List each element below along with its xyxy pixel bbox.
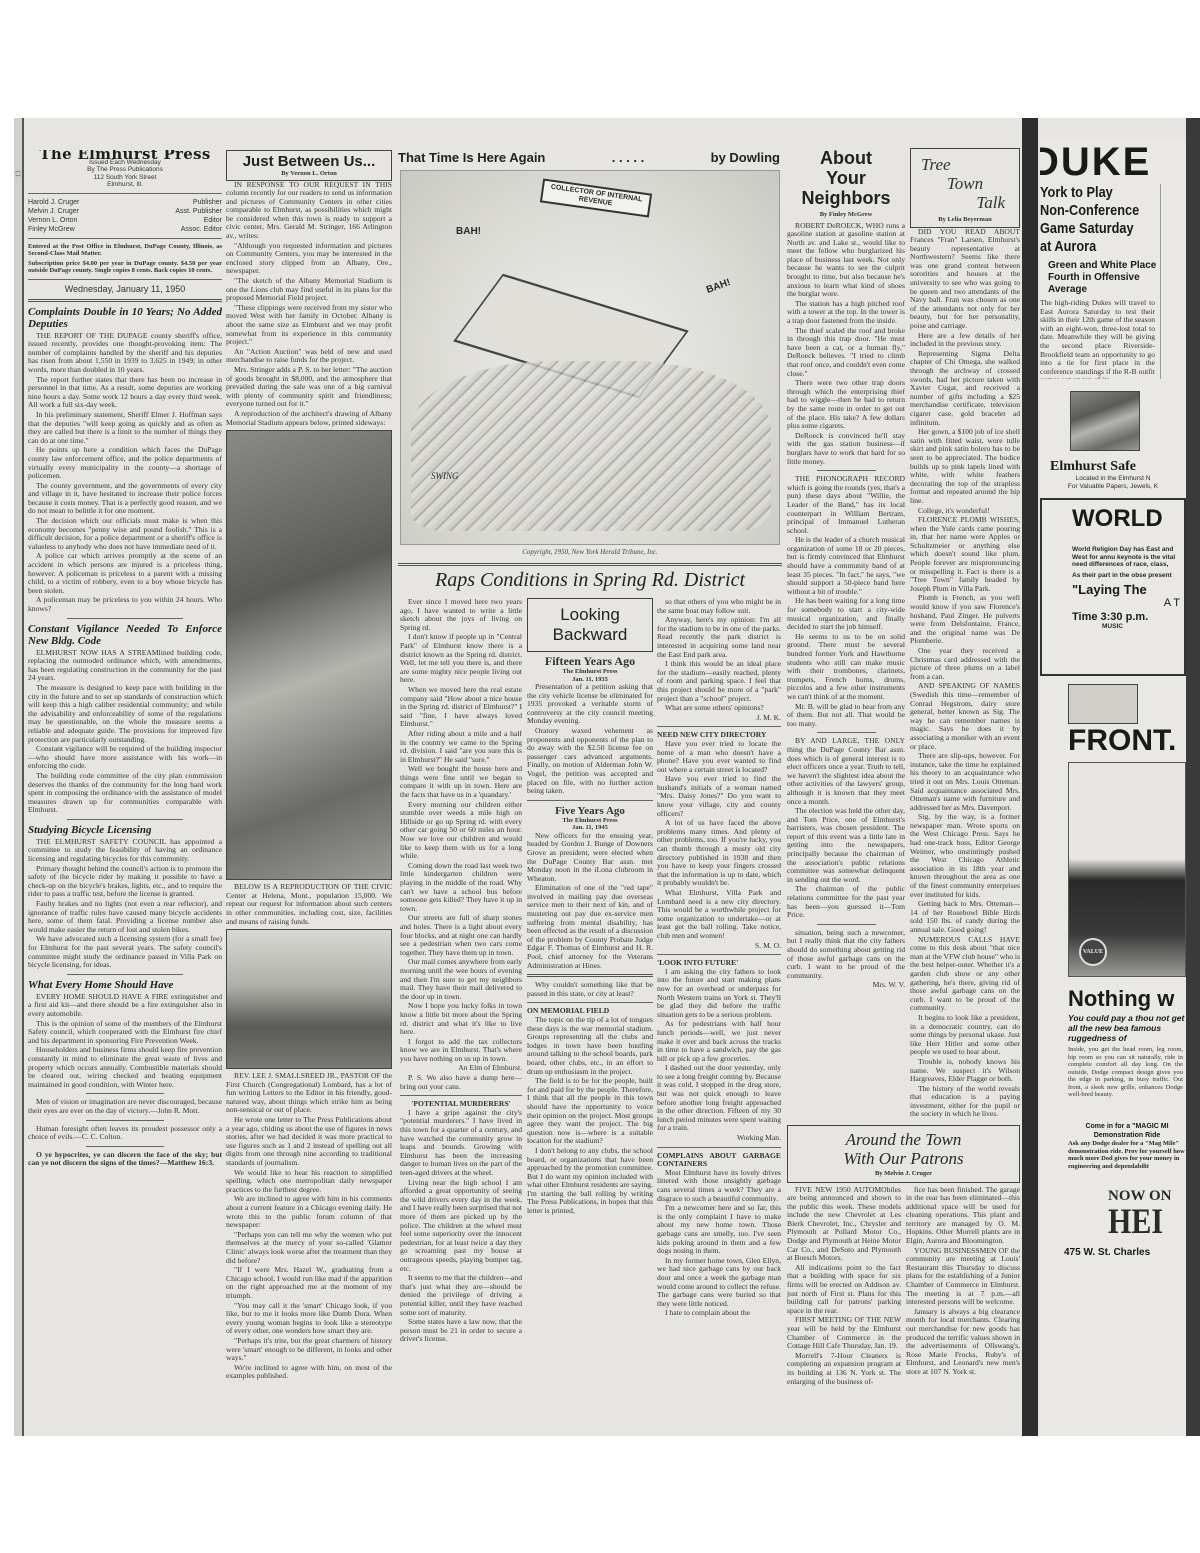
cartoon-title: That Time Is Here Again [398, 150, 545, 165]
tree-town-column: Tree Town Talk By Lelia Beyerman DID YOU… [910, 148, 1020, 1123]
tree-town-title-1: Tree [913, 155, 1017, 174]
around-town-col-right: fice has been finished. The garage in th… [906, 1186, 1020, 1436]
dodge-ad-magic-body: Ask any Dodge dealer for a "Mag Mile" de… [1068, 1140, 1186, 1170]
paragraph: "You may call it the 'smart' Chicago loo… [226, 1302, 392, 1336]
paragraph: Faulty brakes and no lights (not even a … [28, 900, 222, 934]
paragraph: Our streets are full of sharp stones and… [400, 914, 522, 957]
dodge-ad-sub: You could pay a thou not get all the new… [1068, 1013, 1186, 1043]
quote: O ye hypocrites, ye can discern the face… [28, 1151, 222, 1168]
tax-cartoon: COLLECTOR OF INTERNAL REVENUE BAH! BAH! … [400, 170, 780, 545]
letters-column: so that others of you who might be in th… [657, 598, 781, 1435]
paragraph: FIVE NEW 1950 AUTOMObiles are being anno… [787, 1186, 901, 1263]
value-badge: VALUE [1079, 938, 1107, 966]
paragraph: Oratory waxed vehement as proponents and… [527, 727, 653, 796]
around-town-title-2: With Our Patrons [792, 1149, 1015, 1168]
paragraph: BY AND LARGE, THE ONLY thing the DuPage … [787, 737, 905, 806]
paragraph: Mr. B. will be glad to hear from any of … [787, 703, 905, 729]
paragraph: Our mail comes anywhere from early morni… [400, 958, 522, 1001]
paragraph: It seems to me that the children—and tha… [400, 1274, 522, 1317]
paragraph: I'm a newcomer here and so far, this is … [657, 1204, 781, 1256]
column-byline: By Vernon L. Orton [229, 170, 389, 178]
cartoon-bah-right: BAH! [705, 277, 732, 296]
around-town-title-box: Around the Town With Our Patrons By Melv… [787, 1125, 1020, 1183]
around-town-title-1: Around the Town [792, 1130, 1015, 1149]
editorial-headline: Studying Bicycle Licensing [28, 824, 222, 836]
world-ad-observe: As their part in the obse present [1072, 572, 1180, 580]
paragraph: Sig, by the way, is a former newspaper m… [910, 813, 1020, 899]
signature: J. M. K. [657, 714, 781, 723]
cartoon-copyright: Copyright, 1950, New York Herald Tribune… [400, 548, 780, 556]
paragraph: AND SPEAKING OF NAMES (Swedish this time… [910, 682, 1020, 751]
tree-town-byline: By Lelia Beyerman [913, 216, 1017, 224]
paragraph: An "Action Auction" was held of new and … [226, 348, 392, 365]
paragraph: Primary thought behind the council's act… [28, 865, 222, 899]
paragraph: The thief scaled the roof and broke in t… [787, 327, 905, 379]
paragraph: FLORENCE PLOMB WISHES, when the Yule car… [910, 516, 1020, 593]
paragraph: REV. LEE J. SMALLSREED JR., PASTOR OF th… [226, 1072, 392, 1115]
editorial-column: The Elmhurst Press Issued Each Wednesday… [28, 150, 222, 1435]
paragraph: I hate to complain about the [657, 1309, 781, 1318]
looking-backward-title-2: Backward [530, 625, 650, 645]
paragraph: After riding about a mile and a half in … [400, 730, 522, 764]
paragraph: THE PHONOGRAPH RECORD which is going the… [787, 475, 905, 535]
section-head: Five Years Ago [527, 805, 653, 817]
paragraph: What Elmhurst, Villa Park and Lombard ne… [657, 889, 781, 941]
safe-ad-sub-1: Located in the Elmhurst N [1040, 475, 1186, 483]
staff-role: Assoc. Editor [181, 225, 222, 234]
paragraph: Ever since I moved here two years ago, I… [400, 598, 522, 632]
paragraph: Here are a few details of her included i… [910, 332, 1020, 349]
paragraph: There were two other trap doors through … [787, 379, 905, 431]
sports-headline: York to Play Non-Conference Game Saturda… [1040, 184, 1140, 256]
paragraph: He wrote one letter to The Press Publica… [226, 1116, 392, 1168]
paragraph: This is the opinion of some of the membe… [28, 1020, 222, 1046]
paragraph: The building code committee of the city … [28, 772, 222, 815]
neighbors-byline: By Finley McGrew [787, 211, 905, 219]
spring-rd-headline-bar: Raps Conditions in Spring Rd. District [398, 563, 782, 591]
staff-role: Publisher [193, 198, 222, 207]
dodge-ad-car-illustration: VALUE [1068, 762, 1186, 977]
dodge-ad-address: 475 W. St. Charles [1064, 1247, 1186, 1258]
paragraph: We have advocated such a licensing syste… [28, 935, 222, 969]
sports-banner: DUKE [1040, 140, 1186, 184]
staff-name: Vernon L. Orton [28, 216, 77, 225]
page-gutter [1022, 118, 1038, 1436]
neighbors-title: About Your Neighbors [787, 148, 905, 208]
paragraph: DeRoeck is convinced he'll stay with the… [787, 432, 905, 466]
paragraph: Trouble is, nobody knows his name. We su… [910, 1058, 1020, 1084]
signature: S. M. O. [657, 942, 781, 951]
paragraph: He points up here a condition which face… [28, 446, 222, 480]
staff-row: Vernon L. OrtonEditor [28, 216, 222, 225]
staff-name: Melvin J. Cruger [28, 207, 79, 216]
signature: Mrs. W. V. [787, 981, 905, 990]
paragraph: It begins to look like a president, in a… [910, 1014, 1020, 1057]
masthead: The Elmhurst Press Issued Each Wednesday… [28, 150, 222, 302]
page-right-edge [1186, 118, 1200, 1436]
masthead-address: 112 South York Street [28, 174, 222, 182]
world-ad-title: WORLD [1072, 504, 1180, 534]
section-source: The Elmhurst Press [527, 668, 653, 676]
editorial-every-home: What Every Home Should Have EVERY HOME S… [28, 979, 222, 1090]
paragraph: I dashed out the door yesterday, only to… [657, 1064, 781, 1133]
paragraph: We are inclined to agree with him in his… [226, 1195, 392, 1229]
paragraph: I don't belong to any clubs, the school … [527, 1147, 653, 1216]
neighbors-title-2: Your [787, 168, 905, 188]
paragraph: ELMHURST NOW HAS A STREAMlined building … [28, 649, 222, 683]
paragraph: A lot of us have faced the above problem… [657, 819, 781, 888]
subhead: COMPLAINS ABOUT GARBAGE CONTAINERS [657, 1152, 781, 1169]
paragraph: Constant vigilance will be required of t… [28, 745, 222, 771]
tree-town-title-3: Talk [913, 193, 1017, 212]
masthead-title: The Elmhurst Press [28, 150, 222, 159]
adjacent-column [1160, 184, 1186, 379]
paragraph: NUMEROUS CALLS HAVE come to this desk ab… [910, 936, 1020, 1013]
paragraph: A reproduction of the architect's drawin… [226, 410, 392, 427]
paragraph: He has been waiting for a long time for … [787, 597, 905, 631]
issue-date: Wednesday, January 11, 1950 [28, 284, 222, 295]
paragraph: The decision which our officials must ma… [28, 517, 222, 551]
masthead-city: Elmhurst, Ill. [28, 181, 222, 189]
paragraph: Living near the high school I am afforde… [400, 1179, 522, 1274]
sports-subhead: Green and White Place Fourth in Offensiv… [1048, 260, 1158, 296]
cartoon-swing-label: SWING [431, 471, 459, 481]
masthead-publisher-line: By The Press Publications [28, 166, 222, 174]
looking-backward-box: Looking Backward [527, 598, 653, 652]
paragraph: Mrs. Stringer adds a P. S. to her letter… [226, 366, 392, 409]
paragraph: The county government, and the governmen… [28, 482, 222, 516]
editorial-headline: What Every Home Should Have [28, 979, 222, 991]
signature: Working Man. [657, 1134, 781, 1143]
staff-list: Harold J. CrugerPublisher Melvin J. Crug… [28, 198, 222, 234]
page-left-margin [14, 118, 24, 1436]
paragraph: The history of the world reveals that ed… [910, 1085, 1020, 1119]
editorial-headline: Constant Vigilance Needed To Enforce New… [28, 623, 222, 647]
paragraph: "These clippings were received from my s… [226, 304, 392, 347]
paragraph: All indications point to the fact that a… [787, 1264, 901, 1316]
dodge-ad-front: FRONT. [1068, 724, 1186, 758]
paragraph: New officers for the ensuing year, heade… [527, 832, 653, 884]
stadium-drawing-photo [226, 430, 392, 880]
section-head: Fifteen Years Ago [527, 655, 653, 668]
paragraph: College, it's wonderful! [910, 507, 1020, 516]
paragraph: "The sketch of the Albany Memorial Stadi… [226, 277, 392, 303]
paragraph: What are some others' opinions? [657, 704, 781, 713]
just-between-us-column: Just Between Us... By Vernon L. Orton IN… [226, 150, 392, 1435]
paragraph: The chairman of the public relations com… [787, 885, 905, 919]
paragraph: I am asking the city fathers to look int… [657, 968, 781, 1020]
staff-name: Finley McGrew [28, 225, 75, 234]
paragraph: YOUNG BUSINESSMEN OF the community are m… [906, 1247, 1020, 1307]
subscription-notice: Subscription price $4.00 per year in DuP… [28, 260, 222, 275]
spring-rd-headline: Raps Conditions in Spring Rd. District [398, 569, 782, 591]
paragraph: The election was held the other day, and… [787, 807, 905, 884]
paragraph: In his preliminary statement, Sheriff El… [28, 411, 222, 445]
paragraph: Presentation of a petition asking that t… [527, 683, 653, 726]
next-page: DUKE York to Play Non-Conference Game Sa… [1040, 140, 1186, 1435]
paragraph: A police car which arrives promptly at t… [28, 552, 222, 595]
staff-role: Editor [204, 216, 222, 225]
paragraph: Her gown, a $100 job of ice shell satin … [910, 428, 1020, 505]
margin-page-number: 13 [15, 171, 23, 178]
paragraph: Well we bought the house here and things… [400, 765, 522, 799]
paragraph: Morrell's 7-Hour Cleaners is completing … [787, 1352, 901, 1386]
editorial-headline: Complaints Double in 10 Years; No Added … [28, 306, 222, 330]
paragraph: Now I hope you lucky folks in town know … [400, 1002, 522, 1036]
editorial-building-code: Constant Vigilance Needed To Enforce New… [28, 623, 222, 815]
paragraph: "Perhaps you can tell me why the women w… [226, 1231, 392, 1265]
cartoon-artist: by Dowling [711, 150, 780, 165]
paragraph: FIRST MEETING OF THE NEW year will be he… [787, 1316, 901, 1350]
paragraph: A policeman may be priceless to you with… [28, 596, 222, 613]
staff-role: Asst. Publisher [175, 207, 222, 216]
paragraph: We're inclined to agree with him, on mos… [226, 1364, 392, 1381]
around-town-col-left: FIVE NEW 1950 AUTOMObiles are being anno… [787, 1186, 901, 1436]
paragraph: THE REPORT OF THE DUPAGE county sheriff'… [28, 332, 222, 375]
paragraph: fice has been finished. The garage in th… [906, 1186, 1020, 1246]
paragraph: The report further states that there has… [28, 376, 222, 410]
tree-town-title-box: Tree Town Talk By Lelia Beyerman [910, 148, 1020, 228]
paragraph: When we moved here the real estate compa… [400, 686, 522, 729]
editorial-complaints: Complaints Double in 10 Years; No Added … [28, 306, 222, 614]
column-title: Just Between Us... [229, 153, 389, 170]
paragraph: THE ELMHURST SAFETY COUNCIL has appointe… [28, 838, 222, 864]
tree-town-title: Tree Town Talk [913, 155, 1017, 212]
paragraph: Plomb is French, as you well would know … [910, 594, 1020, 646]
dodge-ad-magic: Come in for a "MAGIC MI Demonstration Ri… [1068, 1122, 1186, 1140]
paragraph: Some states have a law now, that the per… [400, 1318, 522, 1344]
safe-ad-sub-2: For Valuable Papers, Jewels, K [1040, 483, 1186, 491]
cartoon-crowd [411, 361, 771, 531]
world-ad-music: MUSIC [1102, 623, 1180, 631]
paragraph: I don't know if people up in "Central Pa… [400, 633, 522, 685]
paragraph: ROBERT DeROECK, WHO runs a gasoline stat… [787, 222, 905, 299]
column-title-box: Just Between Us... By Vernon L. Orton [226, 150, 392, 181]
paragraph: I have a gripe against the city's "poten… [400, 1109, 522, 1178]
paragraph: "Perhaps it's trite, but the great charm… [226, 1337, 392, 1363]
quote: Human foresight often leaves its proudes… [28, 1125, 222, 1142]
world-ad-time: Time 3:30 p.m. [1072, 611, 1180, 623]
paragraph: Every morning our children either stumbl… [400, 801, 522, 861]
staff-row: Melvin J. CrugerAsst. Publisher [28, 207, 222, 216]
paragraph: Anyway, here's my opinion: I'm all for t… [657, 616, 781, 659]
neighbors-title-3: Neighbors [787, 188, 905, 208]
cartoon-header: That Time Is Here Again . . . . . by Dow… [398, 150, 780, 165]
paragraph: The measure is designed to keep pace wit… [28, 684, 222, 744]
cartoon-dots: . . . . . [612, 150, 645, 165]
civic-center-photo [226, 929, 392, 1069]
paragraph: Most Elmhurst have its lovely drives lit… [657, 1169, 781, 1203]
dodge-ad-body: Inside, you get the head room, leg room,… [1068, 1046, 1183, 1116]
paragraph: IN RESPONSE TO OUR REQUEST IN THIS colum… [226, 181, 392, 241]
paragraph: Coming down the road last week two littl… [400, 862, 522, 914]
safe-ad-title: Elmhurst Safe [1050, 459, 1186, 475]
dodge-ad: FRONT. VALUE Nothing w You could pay a t… [1040, 684, 1186, 1258]
dodge-ad-nothing: Nothing w [1068, 985, 1186, 1013]
paragraph: He is the leader of a church musical org… [787, 536, 905, 596]
paragraph: I think this would be an ideal place for… [657, 660, 781, 703]
paragraph: Representing Sigma Delta chapter of Chi … [910, 350, 1020, 427]
cartoon-sign: COLLECTOR OF INTERNAL REVENUE [540, 178, 652, 217]
paragraph: Why couldn't something like that be pass… [527, 981, 653, 998]
neighbors-column: About Your Neighbors By Finley McGrew RO… [787, 148, 905, 1123]
looking-backward-column: Looking Backward Fifteen Years Ago The E… [527, 598, 653, 1435]
photo-caption: BELOW IS A REPRODUCTION OF THE CIVIC Cen… [226, 883, 392, 926]
neighbors-title-1: About [787, 148, 905, 168]
around-town-box: Around the Town With Our Patrons By Melv… [787, 1125, 1020, 1435]
staff-name: Harold J. Cruger [28, 198, 79, 207]
cartoon-bah-left: BAH! [456, 226, 481, 237]
dodge-ad-dealer: HEI [1108, 1202, 1186, 1243]
paragraph: Getting back to Mrs. Otteman—14 of her R… [910, 900, 1020, 934]
world-ad-laying: "Laying The [1072, 582, 1180, 597]
paragraph: We would like to hear his reaction to si… [226, 1169, 392, 1195]
world-ad-a: A T [1072, 597, 1180, 609]
paragraph: EVERY HOME SHOULD HAVE A FIRE extinguish… [28, 993, 222, 1019]
paragraph: Elimination of one of the "red tape" inv… [527, 884, 653, 970]
paragraph: DID YOU READ ABOUT Frances "Fran" Larsen… [910, 228, 1020, 331]
paragraph: Householders and business firms should k… [28, 1046, 222, 1089]
signature: An Elm of Elmhurst. [400, 1064, 522, 1073]
paragraph: The topic on the tip of a lot of tongues… [527, 1016, 653, 1076]
sports-body: The high-riding Dukes will travel to Eas… [1040, 299, 1155, 379]
paragraph: I forgot to add the tax collectors know … [400, 1038, 522, 1064]
paragraph: As for pedestrians with half hour lunch … [657, 1020, 781, 1063]
spring-rd-letter-column: Ever since I moved here two years ago, I… [400, 598, 522, 1435]
paragraph: There are slip-ups, however. For instanc… [910, 752, 1020, 812]
entered-notice: Entered at the Post Office in Elmhurst, … [28, 243, 222, 258]
staff-row: Harold J. CrugerPublisher [28, 198, 222, 207]
paragraph: so that others of you who might be in th… [657, 598, 781, 615]
editorial-bicycle: Studying Bicycle Licensing THE ELMHURST … [28, 824, 222, 970]
around-town-byline: By Melvin J. Cruger [792, 1170, 1015, 1178]
dodge-ad-illustration [1068, 684, 1138, 724]
paragraph: In my former home town, Glen Ellyn, we h… [657, 1257, 781, 1309]
world-ad-body: World Religion Day has East and West for… [1072, 546, 1180, 569]
paragraph: P. S. We also have a dump here—bring out… [400, 1074, 522, 1091]
quote: Men of vision or imagination are never d… [28, 1098, 222, 1115]
paragraph: situation, being such a newcomer, but I … [787, 929, 905, 981]
paragraph: Have you ever tried to locate the home o… [657, 740, 781, 774]
staff-row: Finley McGrewAssoc. Editor [28, 225, 222, 234]
tree-town-title-2: Town [913, 174, 1017, 193]
safe-ad-photo [1070, 391, 1140, 451]
paragraph: Have you ever tried to find the husband'… [657, 775, 781, 818]
paragraph: "Although you requested information and … [226, 242, 392, 276]
paragraph: The station has a high pitched roof with… [787, 300, 905, 326]
paragraph: He seems to us to be on solid ground. Th… [787, 633, 905, 702]
paragraph: January is always a big clearance month … [906, 1308, 1020, 1377]
section-source: The Elmhurst Press [527, 817, 653, 825]
paragraph: One year they received a Christmas card … [910, 647, 1020, 681]
paragraph: The field is to be for the people, built… [527, 1077, 653, 1146]
world-religion-ad: WORLD World Religion Day has East and We… [1040, 498, 1186, 676]
paragraph: "If I were Mrs. Hazel W., graduating fro… [226, 1266, 392, 1300]
looking-backward-title-1: Looking [530, 605, 650, 625]
